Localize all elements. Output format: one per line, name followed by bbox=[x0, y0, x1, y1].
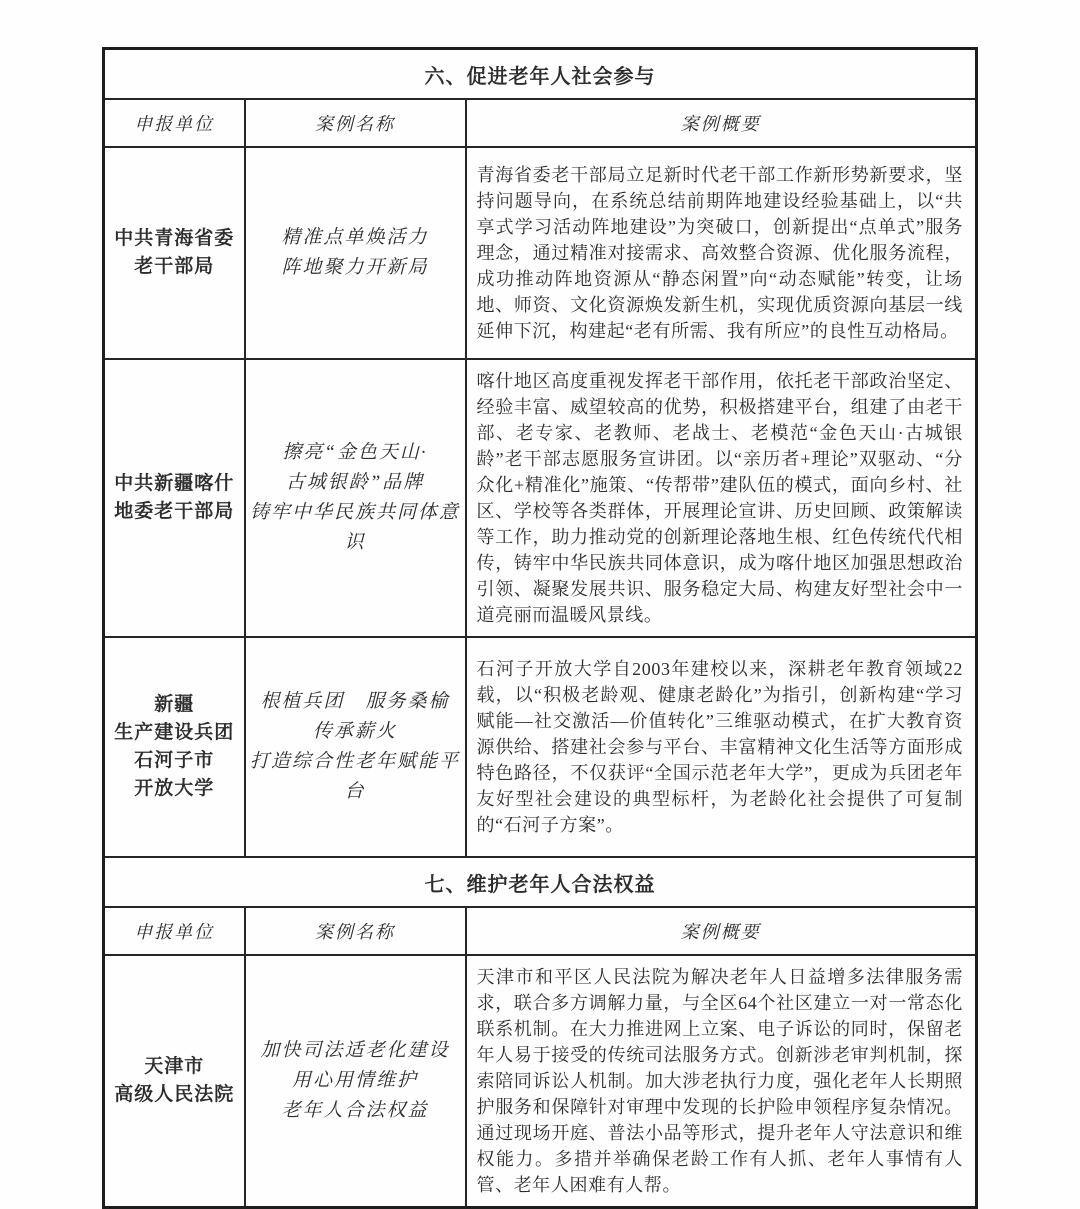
unit-cell: 天津市 高级人民法院 bbox=[104, 955, 245, 1208]
case-name-cell: 加快司法适老化建设 用心用情维护 老年人合法权益 bbox=[245, 955, 466, 1208]
section-6-title: 六、促进老年人社会参与 bbox=[104, 49, 977, 100]
col-header-unit: 申报单位 bbox=[104, 907, 245, 955]
case-name-cell: 根植兵团 服务桑榆 传承薪火 打造综合性老年赋能平台 bbox=[245, 637, 466, 857]
document-page: { "table": { "sections": [ { "title": "六… bbox=[0, 47, 1080, 1205]
col-header-case-name: 案例名称 bbox=[245, 907, 466, 955]
section-7-title: 七、维护老年人合法权益 bbox=[104, 857, 977, 907]
unit-cell: 中共新疆喀什 地委老干部局 bbox=[104, 359, 245, 637]
summary-cell: 石河子开放大学自2003年建校以来，深耕老年教育领域22载，以“积极老龄观、健康… bbox=[466, 637, 977, 857]
summary-cell: 天津市和平区人民法院为解决老年人日益增多法律服务需求，联合多方调解力量，与全区6… bbox=[466, 955, 977, 1208]
elderly-cases-table: 六、促进老年人社会参与 申报单位 案例名称 案例概要 中共青海省委 老干部局 精… bbox=[102, 47, 978, 1209]
summary-cell: 喀什地区高度重视发挥老干部作用，依托老干部政治坚定、经验丰富、威望较高的优势，积… bbox=[466, 359, 977, 637]
summary-cell: 青海省委老干部局立足新时代老干部工作新形势新要求，坚持问题导向，在系统总结前期阵… bbox=[466, 147, 977, 359]
unit-cell: 中共青海省委 老干部局 bbox=[104, 147, 245, 359]
table-row-kashgar: 中共新疆喀什 地委老干部局 擦亮“金色天山· 古城银龄”品牌 铸牢中华民族共同体… bbox=[104, 359, 977, 637]
table-row-shihezi: 新疆 生产建设兵团 石河子市 开放大学 根植兵团 服务桑榆 传承薪火 打造综合性… bbox=[104, 637, 977, 857]
col-header-summary: 案例概要 bbox=[466, 907, 977, 955]
col-header-case-name: 案例名称 bbox=[245, 99, 466, 147]
section-6-header-row: 申报单位 案例名称 案例概要 bbox=[104, 99, 977, 147]
section-7-title-row: 七、维护老年人合法权益 bbox=[104, 857, 977, 907]
col-header-summary: 案例概要 bbox=[466, 99, 977, 147]
section-7-header-row: 申报单位 案例名称 案例概要 bbox=[104, 907, 977, 955]
unit-cell: 新疆 生产建设兵团 石河子市 开放大学 bbox=[104, 637, 245, 857]
table-row-tianjin: 天津市 高级人民法院 加快司法适老化建设 用心用情维护 老年人合法权益 天津市和… bbox=[104, 955, 977, 1208]
case-name-cell: 精准点单焕活力 阵地聚力开新局 bbox=[245, 147, 466, 359]
table-row-qinghai: 中共青海省委 老干部局 精准点单焕活力 阵地聚力开新局 青海省委老干部局立足新时… bbox=[104, 147, 977, 359]
col-header-unit: 申报单位 bbox=[104, 99, 245, 147]
case-name-cell: 擦亮“金色天山· 古城银龄”品牌 铸牢中华民族共同体意识 bbox=[245, 359, 466, 637]
section-6-title-row: 六、促进老年人社会参与 bbox=[104, 49, 977, 100]
